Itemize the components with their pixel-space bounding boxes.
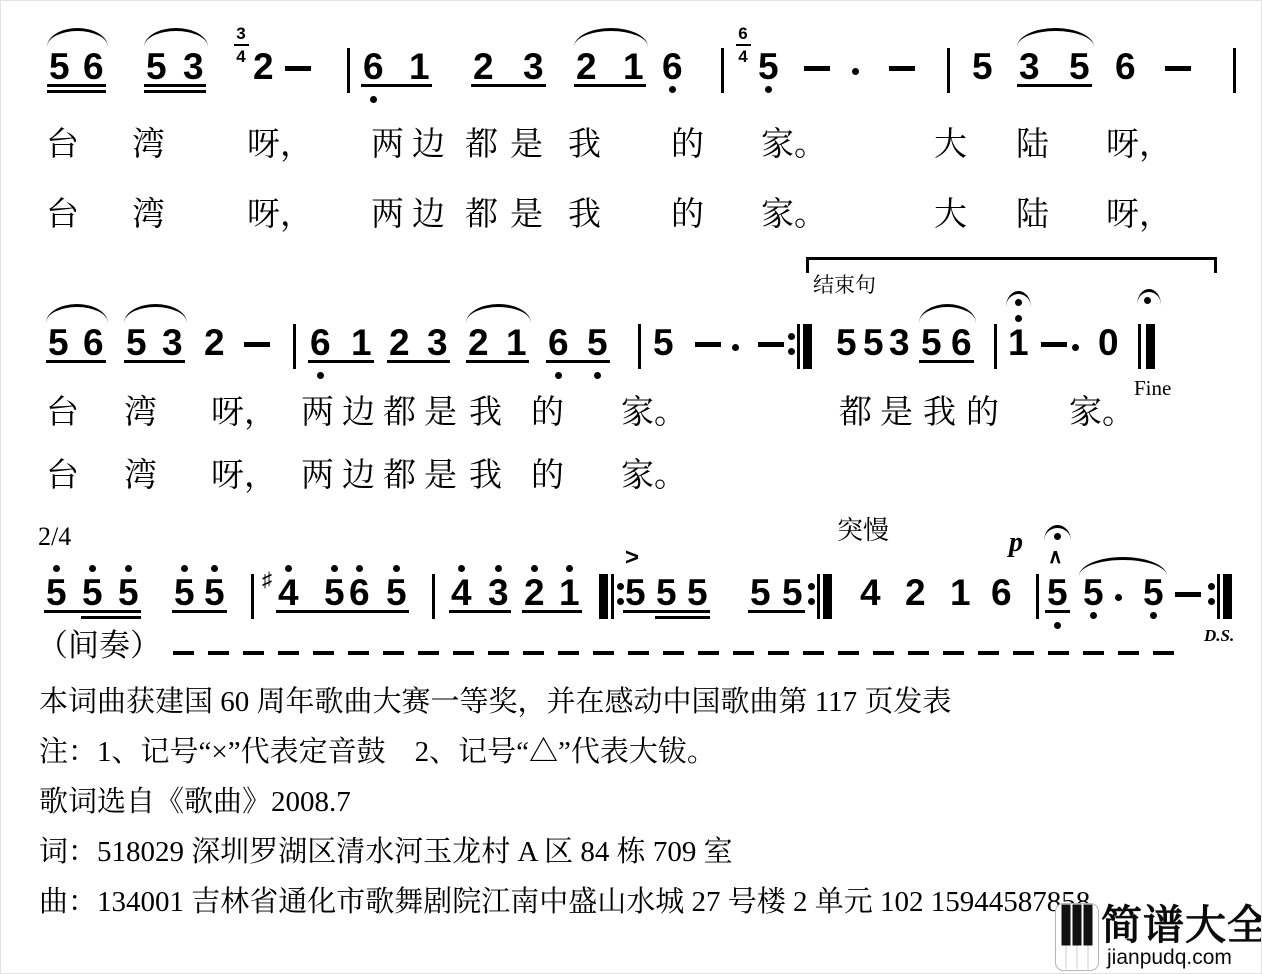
footer-composer-address: 曲：134001 吉林省通化市歌舞剧院江南中盛山水城 27 号楼 2 单元 10… xyxy=(39,885,1090,920)
repeat-bar-thick xyxy=(599,574,608,619)
jianpu-note-digit: 5 xyxy=(758,48,778,85)
bar-line xyxy=(347,48,350,93)
jianpu-note-digit: 6 xyxy=(991,574,1011,611)
lyric-syllable: 呀， xyxy=(1106,127,1172,163)
jianpu-note-digit: 4 xyxy=(860,574,880,611)
time-sig-numerator: 6 xyxy=(731,25,755,42)
lyric-syllable: 我 xyxy=(469,395,502,431)
lyric-syllable: 湾 xyxy=(132,127,165,163)
lyric-syllable: 大 xyxy=(934,127,967,163)
jianpu-note-digit: 5 xyxy=(782,574,802,611)
jianpu-note-digit: 5 xyxy=(118,574,138,611)
jianpu-note-digit: 5 xyxy=(653,324,673,361)
lyric-syllable: 台 xyxy=(46,127,79,163)
ending-phrase-label: 结束句 xyxy=(813,273,876,298)
duration-dash xyxy=(695,342,721,347)
slur-arc xyxy=(919,304,976,323)
octave-dot-below xyxy=(555,372,562,379)
lyric-syllable: 都 xyxy=(465,127,498,163)
beam-underline xyxy=(387,360,450,363)
octave-dot-above xyxy=(531,565,538,572)
lyric-syllable: 湾 xyxy=(124,395,157,431)
sheet-music-page: 结束句 565334261232166455356565326123216555… xyxy=(0,0,1262,974)
lyric-syllable: 呀， xyxy=(211,395,277,431)
jianpu-note-digit: 3 xyxy=(162,324,182,361)
beam-underline xyxy=(574,84,646,87)
jianpu-note-digit: 5 xyxy=(82,574,102,611)
jianpu-note-digit: 3 xyxy=(523,48,543,85)
octave-dot-above xyxy=(458,565,465,572)
repeat-dot xyxy=(1208,598,1215,605)
time-sig-denominator: 4 xyxy=(731,48,755,65)
repeat-dot xyxy=(617,583,624,590)
dotted-note-dot xyxy=(852,68,859,75)
repeat-bar-thick xyxy=(1223,574,1232,619)
note-underline xyxy=(1045,610,1070,613)
repeat-dot xyxy=(788,348,795,355)
lyric-syllable: 呀， xyxy=(211,458,277,494)
octave-dot-above xyxy=(393,565,400,572)
octave-dot-above xyxy=(125,565,132,572)
jianpu-note-digit: 5 xyxy=(656,574,676,611)
jianpu-note-digit: 3 xyxy=(1019,48,1039,85)
jianpu-note-digit: 6 xyxy=(951,324,971,361)
octave-dot-below xyxy=(317,372,324,379)
accent-mark: > xyxy=(625,546,639,570)
lyric-syllable: 台 xyxy=(46,197,79,233)
beam-underline xyxy=(623,610,710,613)
lyric-syllable: 都 xyxy=(383,458,416,494)
duration-dash xyxy=(1041,342,1067,347)
lyric-syllable: 呀， xyxy=(247,197,313,233)
jianpu-note-digit: 5 xyxy=(126,324,146,361)
lyric-syllable: 边 xyxy=(412,197,445,233)
beam-underline xyxy=(1017,84,1092,87)
slur-arc xyxy=(574,28,648,47)
octave-dot-above xyxy=(495,565,502,572)
lyric-syllable: 陆 xyxy=(1016,197,1049,233)
jianpu-note-digit: 1 xyxy=(506,324,526,361)
jianpu-note-digit: 1 xyxy=(623,48,643,85)
beam-underline-second xyxy=(81,616,141,619)
jianpu-note-digit: 5 xyxy=(1083,574,1103,611)
footer-symbol-note: 注：1、记号“×”代表定音鼓 2、记号“△”代表大钹。 xyxy=(39,735,716,770)
repeat-dot xyxy=(1208,583,1215,590)
jianpu-note-digit: 6 xyxy=(349,574,369,611)
jianpu-note-digit: 1 xyxy=(1008,324,1028,361)
marcato-mark: ∧ xyxy=(1048,547,1063,567)
octave-dot-below xyxy=(370,96,377,103)
footer-lyricist-address: 词：518029 深圳罗湖区清水河玉龙村 A 区 84 栋 709 室 xyxy=(39,835,733,870)
lyric-syllable: 都 xyxy=(465,197,498,233)
jianpu-note-digit: 0 xyxy=(1098,324,1118,361)
lyric-syllable: 台 xyxy=(46,395,79,431)
beam-underline xyxy=(276,610,347,613)
fermata-dot xyxy=(1015,299,1022,306)
jianpu-note-digit: 5 xyxy=(687,574,707,611)
footer-award-note: 本词曲获建国 60 周年歌曲大赛一等奖，并在感动中国歌曲第 117 页发表 xyxy=(39,685,951,720)
lyric-syllable: 的 xyxy=(531,395,564,431)
jianpu-note-digit: 5 xyxy=(46,574,66,611)
piano-icon xyxy=(1055,903,1099,974)
lyric-syllable: 湾 xyxy=(124,458,157,494)
beam-underline xyxy=(522,610,582,613)
lyric-syllable: 家。 xyxy=(621,458,687,494)
time-sig-denominator: 4 xyxy=(229,48,253,65)
lyric-syllable: 是 xyxy=(510,197,543,233)
time-sig-fraction-line xyxy=(234,44,249,46)
lyric-syllable: 是 xyxy=(424,395,457,431)
jianpu-note-digit: 6 xyxy=(548,324,568,361)
jianpu-note-digit: 1 xyxy=(409,48,429,85)
slur-arc xyxy=(46,304,108,323)
jianpu-note-digit: 2 xyxy=(905,574,925,611)
duration-dash xyxy=(1165,66,1191,71)
jianpu-note-digit: 5 xyxy=(1143,574,1163,611)
interlude-dashed-line xyxy=(173,651,1185,655)
lyric-syllable: 呀， xyxy=(247,127,313,163)
lyric-syllable: 我 xyxy=(469,458,502,494)
ending-phrase-bracket xyxy=(806,257,1217,273)
beam-underline xyxy=(44,610,141,613)
lyric-syllable: 的 xyxy=(671,127,704,163)
time-signature-2-4: 2/4 xyxy=(38,521,71,552)
bar-line xyxy=(293,324,296,369)
lyric-syllable: 大 xyxy=(934,197,967,233)
lyric-syllable: 边 xyxy=(412,127,445,163)
octave-dot-below xyxy=(669,86,676,93)
time-sig-numerator: 3 xyxy=(229,25,253,42)
beam-underline xyxy=(361,84,432,87)
logo-site-name: 简谱大全 xyxy=(1101,905,1262,946)
lyric-syllable: 陆 xyxy=(1016,127,1049,163)
dotted-note-dot xyxy=(1115,594,1122,601)
repeat-bar-thin xyxy=(797,324,800,369)
beam-underline xyxy=(308,360,374,363)
lyric-syllable: 是 xyxy=(424,458,457,494)
duration-dash xyxy=(1175,592,1201,597)
jianpu-note-digit: 2 xyxy=(389,324,409,361)
octave-dot-below xyxy=(594,372,601,379)
repeat-bar-thick xyxy=(823,574,832,619)
bar-line xyxy=(1036,574,1039,619)
jianpu-note-digit: 3 xyxy=(488,574,508,611)
jianpu-note-digit: 1 xyxy=(559,574,579,611)
lyric-syllable: 台 xyxy=(46,458,79,494)
jianpu-note-digit: 5 xyxy=(972,48,992,85)
fermata-dot xyxy=(1144,297,1151,304)
lyric-syllable: 两 xyxy=(301,395,334,431)
tempo-sudden-slow-label: 突慢 xyxy=(837,515,889,546)
lyric-syllable: 边 xyxy=(342,458,375,494)
beam-underline xyxy=(124,360,185,363)
lyric-syllable: 家。 xyxy=(1069,395,1135,431)
lyric-syllable: 边 xyxy=(342,395,375,431)
slur-arc xyxy=(124,304,187,323)
logo-site-domain[interactable]: jianpudq.com xyxy=(1107,947,1232,968)
repeat-dot xyxy=(808,583,815,590)
jianpu-note-digit: 1 xyxy=(351,324,371,361)
lyric-syllable: 都 xyxy=(839,395,872,431)
lyric-syllable: 的 xyxy=(966,395,999,431)
jianpu-note-digit: 2 xyxy=(524,574,544,611)
octave-dot-above xyxy=(285,565,292,572)
beam-underline xyxy=(471,84,546,87)
jianpu-note-digit: 5 xyxy=(587,324,607,361)
slur-arc xyxy=(1017,28,1094,47)
jianpu-note-digit: 2 xyxy=(253,48,273,85)
duration-dash xyxy=(889,66,915,71)
jianpu-note-digit: 5 xyxy=(1069,48,1089,85)
lyric-syllable: 家。 xyxy=(761,127,827,163)
dotted-note-dot xyxy=(732,344,739,351)
bar-line xyxy=(638,324,641,369)
bar-line xyxy=(432,574,435,619)
beam-underline xyxy=(347,610,409,613)
beam-underline xyxy=(748,610,805,613)
inline-time-signature: 34 xyxy=(229,25,253,65)
beam-underline-second xyxy=(655,616,710,619)
jianpu-note-digit: 4 xyxy=(278,574,298,611)
beam-underline xyxy=(546,360,610,363)
ds-label: D.S. xyxy=(1204,627,1234,646)
jianpu-note-digit: 5 xyxy=(750,574,770,611)
beam-underline xyxy=(172,610,227,613)
lyric-syllable: 的 xyxy=(671,197,704,233)
time-sig-fraction-line xyxy=(736,44,751,46)
repeat-dot xyxy=(788,333,795,340)
lyric-syllable: 两 xyxy=(371,127,404,163)
duration-dash xyxy=(758,342,784,347)
interlude-label: （间奏） xyxy=(37,627,161,664)
jianpu-note-digit: 3 xyxy=(889,324,909,361)
jianpu-note-digit: 5 xyxy=(1047,574,1067,611)
jianpu-note-digit: 5 xyxy=(49,48,69,85)
jianpu-note-digit: 6 xyxy=(1115,48,1135,85)
slur-arc xyxy=(1079,557,1167,576)
jianpu-note-digit: 5 xyxy=(174,574,194,611)
sharp-icon: ♯ xyxy=(262,570,272,590)
lyric-syllable: 两 xyxy=(371,197,404,233)
repeat-bar-thin xyxy=(817,574,820,619)
lyric-syllable: 两 xyxy=(301,458,334,494)
slur-arc xyxy=(144,28,208,47)
octave-dot-above xyxy=(53,565,60,572)
octave-dot-below xyxy=(1054,622,1061,629)
repeat-bar-thin xyxy=(1217,574,1220,619)
jianpu-note-digit: 2 xyxy=(576,48,596,85)
beam-underline xyxy=(46,360,106,363)
footer-lyrics-source: 歌词选自《歌曲》2008.7 xyxy=(39,785,351,820)
duration-dash xyxy=(244,342,270,347)
beam-underline-second xyxy=(144,90,206,93)
jianpu-note-digit: 3 xyxy=(427,324,447,361)
lyric-syllable: 我 xyxy=(568,127,601,163)
repeat-bar-thin xyxy=(611,574,614,619)
dynamic-p-label: p xyxy=(1009,529,1023,557)
jianpu-note-digit: 6 xyxy=(363,48,383,85)
lyric-syllable: 家。 xyxy=(761,197,827,233)
jianpu-note-digit: 2 xyxy=(468,324,488,361)
slur-arc xyxy=(466,304,531,323)
lyric-syllable: 是 xyxy=(880,395,913,431)
bar-line xyxy=(1233,48,1236,93)
beam-underline xyxy=(144,84,206,87)
inline-time-signature: 64 xyxy=(731,25,755,65)
jianpu-note-digit: 6 xyxy=(662,48,682,85)
octave-dot-below xyxy=(1090,612,1097,619)
repeat-dot xyxy=(808,598,815,605)
bar-line xyxy=(947,48,950,93)
jianpu-note-digit: 5 xyxy=(921,324,941,361)
beam-underline-second xyxy=(47,90,106,93)
jianpu-note-digit: 5 xyxy=(836,324,856,361)
jianpu-note-digit: 5 xyxy=(204,574,224,611)
lyric-syllable: 是 xyxy=(510,127,543,163)
final-bar-thick xyxy=(1146,324,1155,369)
lyric-syllable: 我 xyxy=(568,197,601,233)
octave-dot-above xyxy=(331,565,338,572)
fermata-dot xyxy=(1054,533,1061,540)
octave-dot-below xyxy=(1150,612,1157,619)
final-bar-thin xyxy=(1138,324,1141,369)
repeat-bar-thick xyxy=(803,324,812,369)
jianpudaquan-logo[interactable]: 简谱大全 jianpudq.com xyxy=(1055,901,1262,973)
lyric-syllable: 我 xyxy=(923,395,956,431)
duration-dash xyxy=(285,66,311,71)
bar-line xyxy=(251,574,254,619)
lyric-syllable: 的 xyxy=(531,458,564,494)
octave-dot-below xyxy=(765,86,772,93)
bar-line xyxy=(721,48,724,93)
beam-underline xyxy=(919,360,974,363)
jianpu-note-digit: 6 xyxy=(83,48,103,85)
jianpu-note-digit: 4 xyxy=(451,574,471,611)
octave-dot-above xyxy=(89,565,96,572)
octave-dot-above xyxy=(566,565,573,572)
lyric-syllable: 家。 xyxy=(621,395,687,431)
jianpu-note-digit: 5 xyxy=(48,324,68,361)
jianpu-note-digit: 6 xyxy=(83,324,103,361)
fine-label: Fine xyxy=(1134,377,1171,400)
jianpu-note-digit: 5 xyxy=(386,574,406,611)
lyric-syllable: 湾 xyxy=(132,197,165,233)
bar-line xyxy=(994,324,997,369)
dotted-note-dot xyxy=(1072,344,1079,351)
jianpu-note-digit: 5 xyxy=(625,574,645,611)
jianpu-note-digit: 3 xyxy=(183,48,203,85)
duration-dash xyxy=(804,66,830,71)
jianpu-note-digit: 5 xyxy=(863,324,883,361)
beam-underline xyxy=(449,610,511,613)
octave-dot-above xyxy=(211,565,218,572)
octave-dot-above xyxy=(181,565,188,572)
jianpu-note-digit: 2 xyxy=(473,48,493,85)
lyric-syllable: 呀， xyxy=(1106,197,1172,233)
jianpu-note-digit: 5 xyxy=(324,574,344,611)
octave-dot-above xyxy=(1015,315,1022,322)
jianpu-note-digit: 2 xyxy=(204,324,224,361)
beam-underline xyxy=(466,360,529,363)
jianpu-note-digit: 6 xyxy=(310,324,330,361)
octave-dot-above xyxy=(356,565,363,572)
jianpu-note-digit: 5 xyxy=(146,48,166,85)
repeat-dot xyxy=(617,598,624,605)
slur-arc xyxy=(47,28,108,47)
jianpu-note-digit: 1 xyxy=(950,574,970,611)
beam-underline xyxy=(47,84,106,87)
lyric-syllable: 都 xyxy=(383,395,416,431)
